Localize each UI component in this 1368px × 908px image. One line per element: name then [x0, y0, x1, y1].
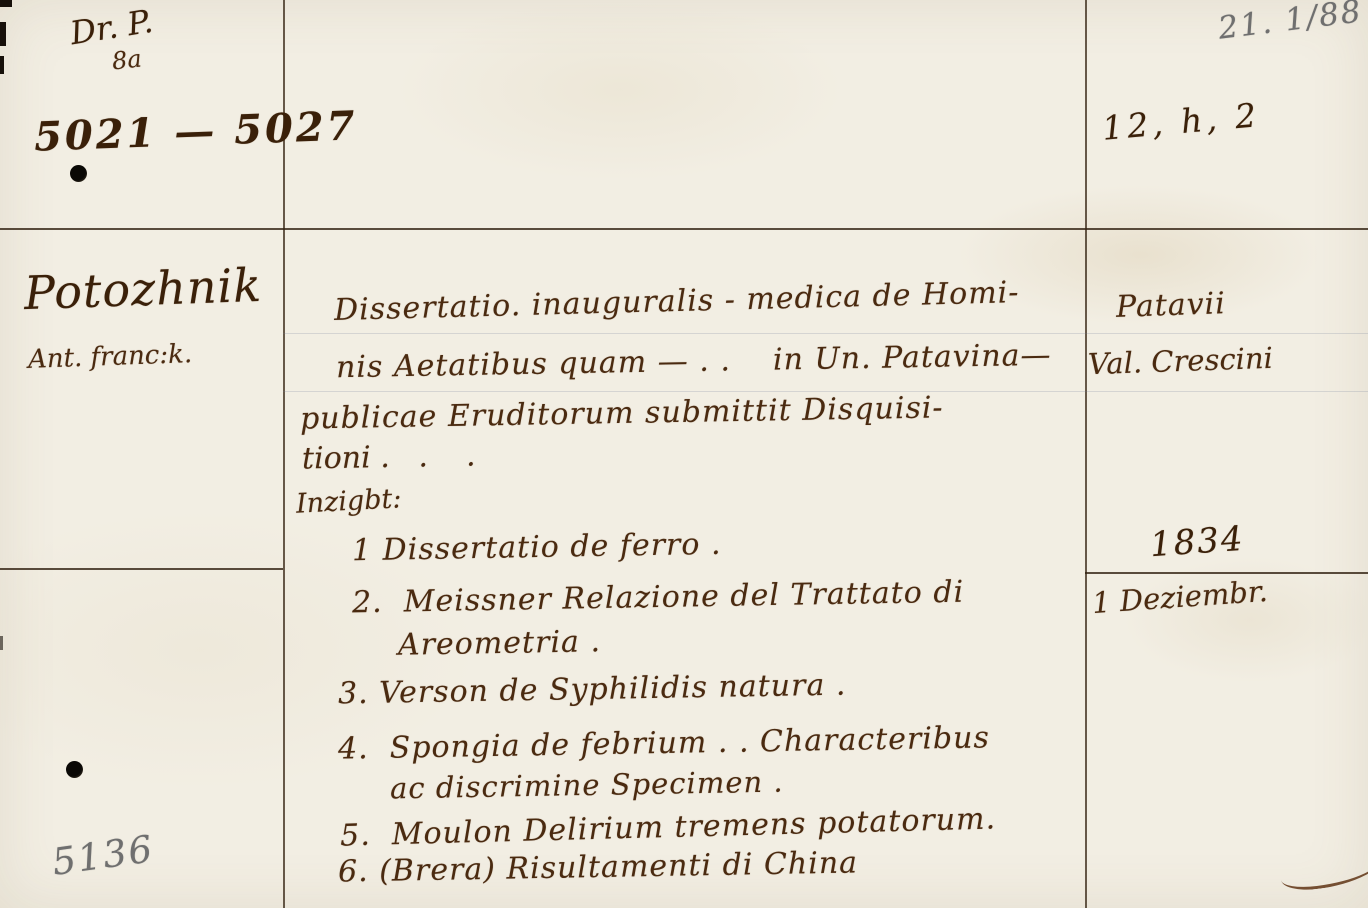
catalog-card: Dr. P. 8a 5021 — 5027 21. 1/88 12, h, 2 …: [0, 0, 1368, 908]
title-line-2: nis Aetatibus quam — . . in Un. Patavina…: [336, 338, 1052, 385]
list-item-1: 1 Dissertatio de ferro .: [352, 527, 722, 568]
right-cell-rule: [1085, 572, 1368, 574]
classmark-8a: 8a: [111, 45, 143, 76]
column-divider-right: [1085, 0, 1087, 908]
title-line-1: Dissertatio. inauguralis - medica de Hom…: [334, 275, 1020, 328]
list-item-2-continued: Areometria .: [398, 624, 602, 663]
author-surname: Potozhnik: [23, 258, 263, 320]
pencil-note-top-right: 21. 1/88: [1216, 0, 1364, 47]
list-item-2: 2. Meissner Relazione del Trattato di: [352, 575, 965, 621]
scan-edge-artifact: [0, 0, 12, 7]
punch-hole: [70, 165, 87, 182]
pencil-accession-number: 5136: [50, 827, 157, 884]
title-line-3: publicae Eruditorum submittit Disquisi-: [300, 390, 944, 436]
pen-flourish: [1278, 842, 1368, 893]
punch-hole: [66, 761, 83, 778]
number-range: 5021 — 5027: [33, 102, 358, 160]
list-item-6: 6. (Brera) Risultamenti di China: [338, 845, 859, 889]
scan-edge-artifact: [0, 56, 4, 74]
imprint-printer: Val. Crescini: [1087, 341, 1273, 381]
author-forenames: Ant. franc:k.: [28, 339, 193, 375]
scan-edge-artifact: [0, 22, 6, 46]
left-cell-rule: [0, 568, 283, 570]
faint-baseline-rule: [283, 333, 1368, 334]
shelfmark: 12, h, 2: [1101, 95, 1262, 148]
header-rule: [0, 228, 1368, 230]
list-item-3: 3. Verson de Syphilidis natura .: [338, 668, 847, 712]
list-item-5: 5. Moulon Delirium tremens potatorum.: [340, 801, 997, 853]
imprint-date: 1 Deziembr.: [1091, 574, 1269, 620]
classmark-dr-p: Dr. P.: [68, 2, 156, 53]
title-line-4: tioni . . .: [302, 438, 476, 476]
list-item-4: 4. Spongia de febrium . . Characteribus: [338, 720, 990, 766]
imprint-place: Patavii: [1115, 286, 1226, 325]
list-item-4-continued: ac discrimine Specimen .: [390, 765, 784, 806]
contents-label: Inzigbt:: [295, 483, 402, 519]
imprint-year: 1834: [1149, 519, 1246, 565]
scan-edge-artifact: [0, 636, 3, 650]
